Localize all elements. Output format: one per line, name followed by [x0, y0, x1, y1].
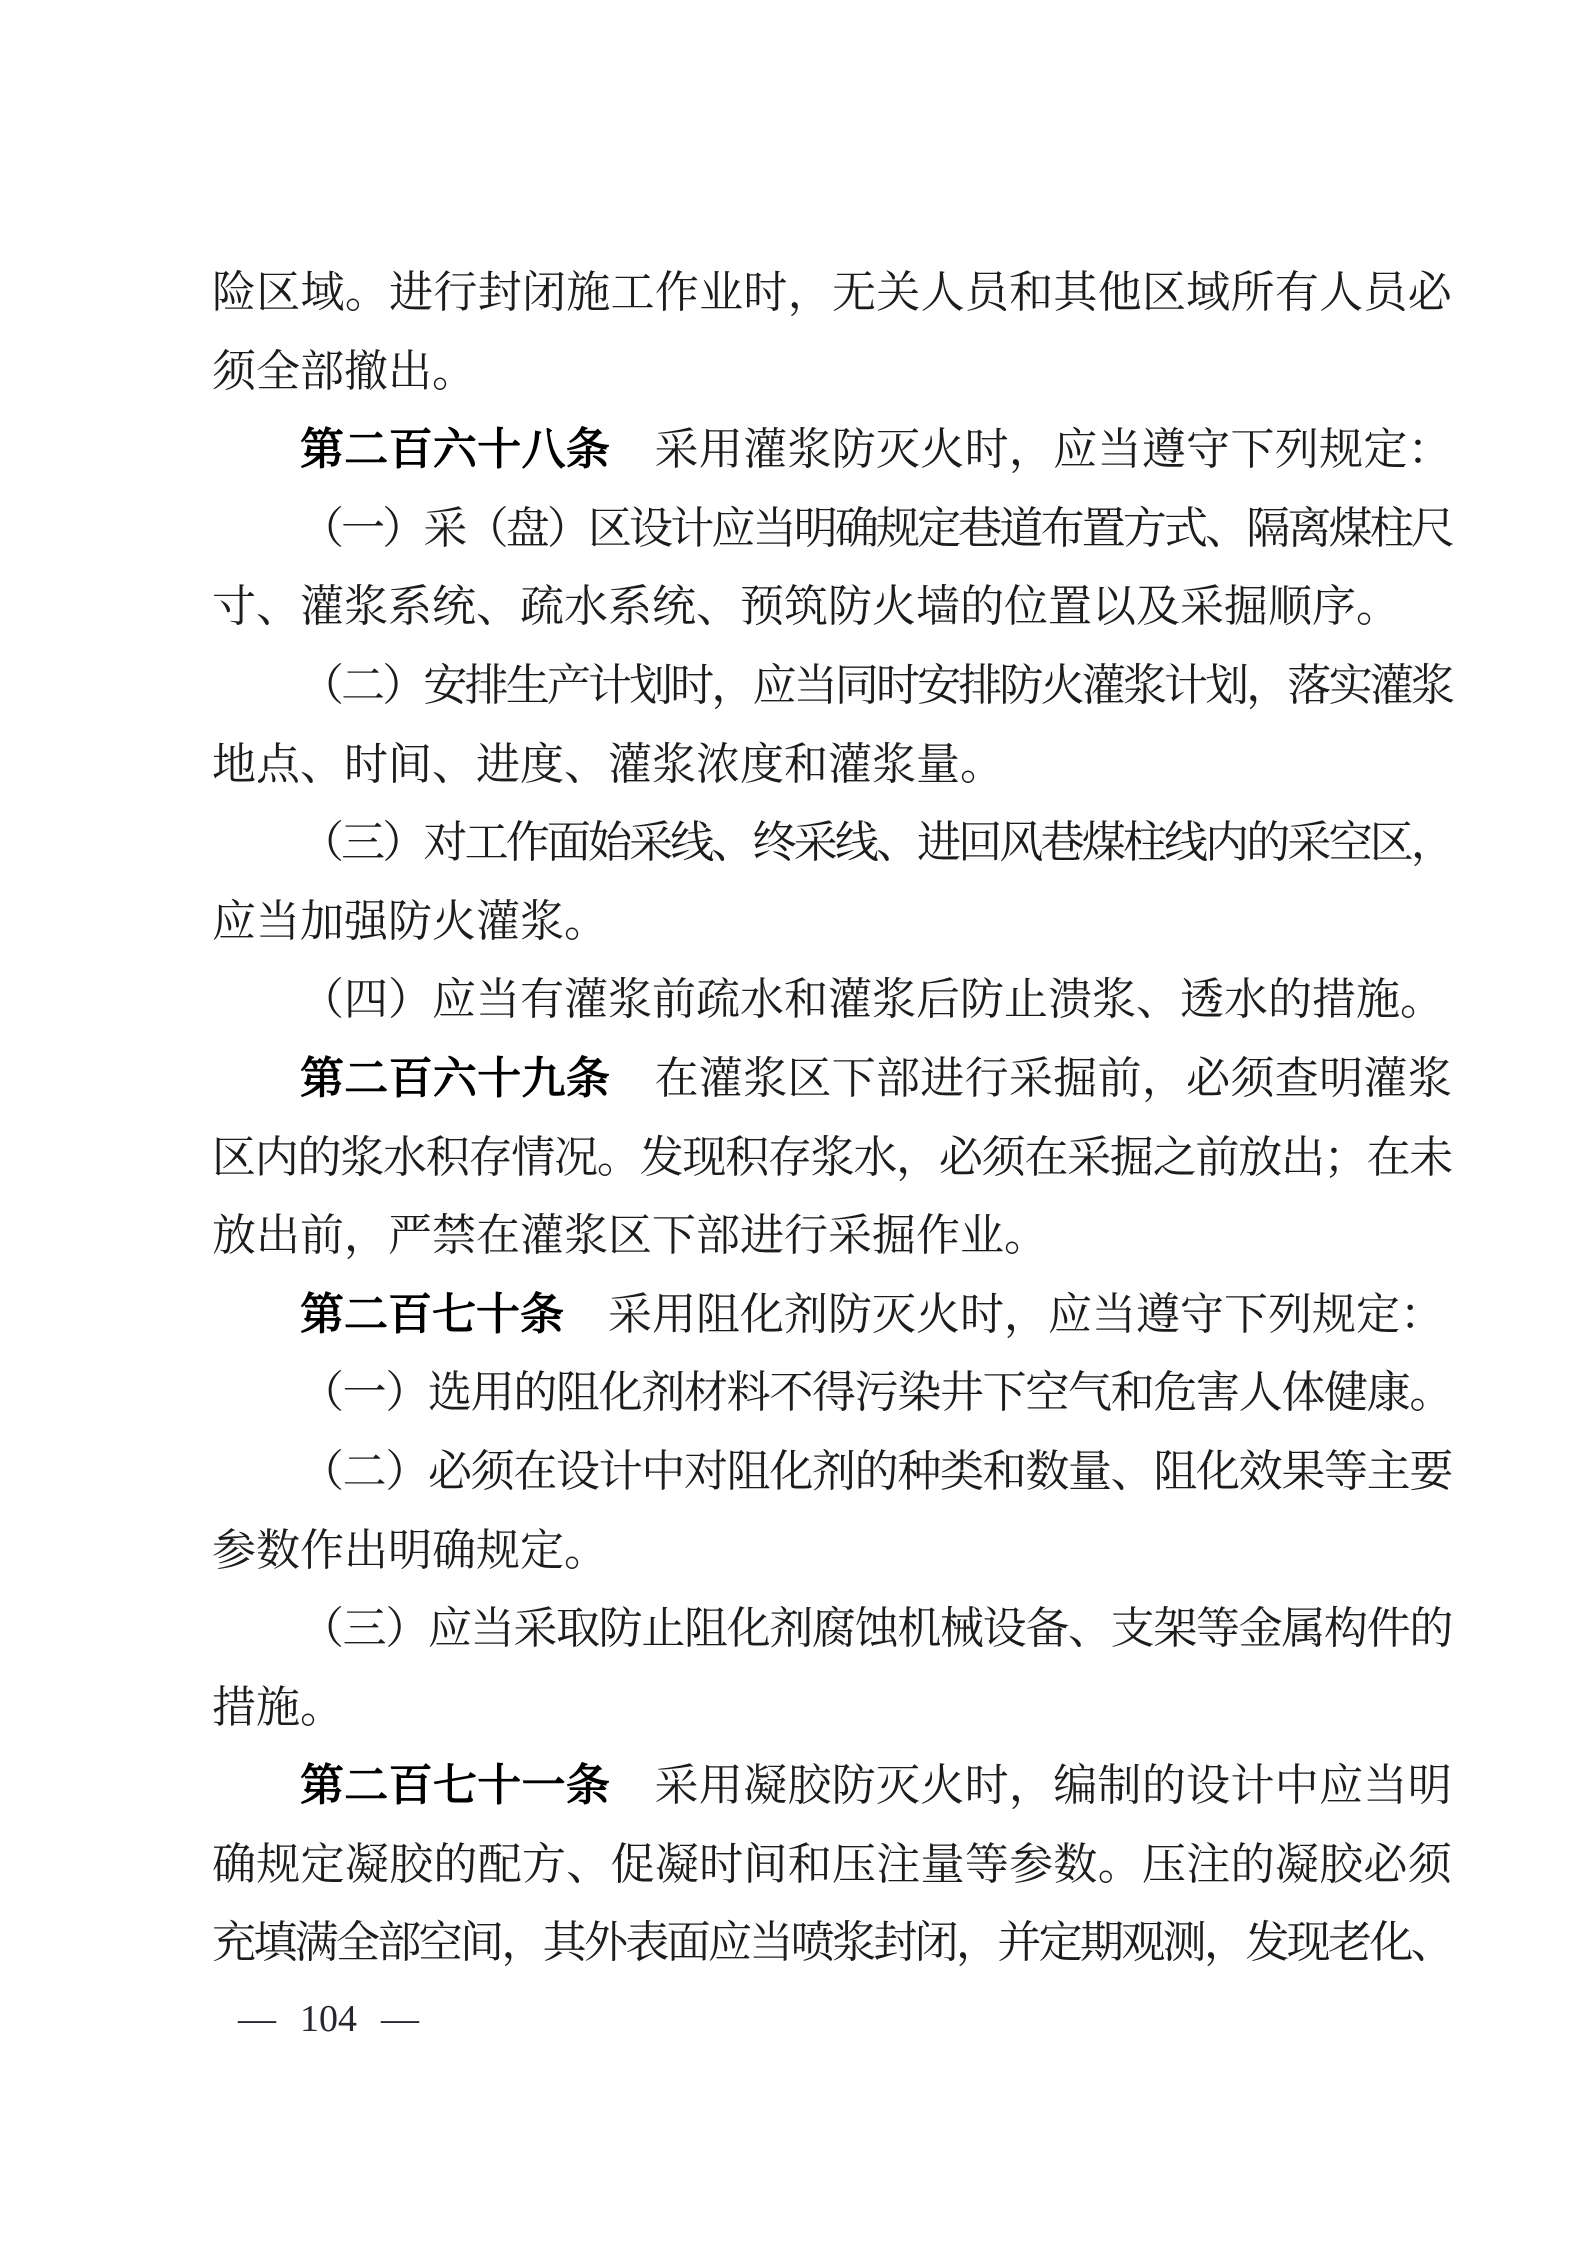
text-line: （四）应当有灌浆前疏水和灌浆后防止溃浆、透水的措施。: [212, 961, 1452, 1040]
article-number: 第二百六十九条: [300, 1054, 610, 1103]
line-text: （三）对工作面始采线、终采线、进回风巷煤柱线内的采空区，: [300, 818, 1452, 867]
text-line: 区内的浆水积存情况。发现积存浆水，必须在采掘之前放出；在未: [212, 1119, 1452, 1198]
text-line: （一）选用的阻化剂材料不得污染井下空气和危害人体健康。: [212, 1354, 1452, 1433]
text-line: 应当加强防火灌浆。: [212, 883, 1452, 962]
line-text: 寸、灌浆系统、疏水系统、预筑防火墙的位置以及采掘顺序。: [212, 582, 1400, 631]
page-footer: — 104 —: [238, 1996, 419, 2042]
line-text: （四）应当有灌浆前疏水和灌浆后防止溃浆、透水的措施。: [300, 975, 1444, 1024]
text-line: 措施。: [212, 1669, 1452, 1748]
line-text: 放出前，严禁在灌浆区下部进行采掘作业。: [212, 1211, 1048, 1260]
document-page: 险区域。进行封闭施工作业时，无关人员和其他区域所有人员必须全部撤出。第二百六十八…: [0, 0, 1587, 2245]
line-text: （二）必须在设计中对阻化剂的种类和数量、阻化效果等主要: [300, 1447, 1452, 1496]
document-body: 险区域。进行封闭施工作业时，无关人员和其他区域所有人员必须全部撤出。第二百六十八…: [212, 254, 1452, 1983]
line-text: （一）选用的阻化剂材料不得污染井下空气和危害人体健康。: [300, 1368, 1452, 1417]
line-text: 须全部撤出。: [212, 347, 476, 396]
line-text: 地点、时间、进度、灌浆浓度和灌浆量。: [212, 740, 1004, 789]
text-line: （一）采（盘）区设计应当明确规定巷道布置方式、隔离煤柱尺: [212, 490, 1452, 569]
text-line: 第二百六十八条 采用灌浆防灭火时，应当遵守下列规定：: [212, 411, 1452, 490]
line-text: 确规定凝胶的配方、促凝时间和压注量等参数。压注的凝胶必须: [212, 1840, 1452, 1889]
page-number: 104: [300, 1996, 357, 2042]
article-number: 第二百七十一条: [300, 1761, 610, 1810]
text-line: 放出前，严禁在灌浆区下部进行采掘作业。: [212, 1197, 1452, 1276]
line-text: 充填满全部空间，其外表面应当喷浆封闭，并定期观测，发现老化、: [212, 1918, 1452, 1967]
article-number: 第二百六十八条: [300, 425, 610, 474]
line-text: 险区域。进行封闭施工作业时，无关人员和其他区域所有人员必: [212, 268, 1452, 317]
text-line: 确规定凝胶的配方、促凝时间和压注量等参数。压注的凝胶必须: [212, 1826, 1452, 1905]
line-text: 措施。: [212, 1683, 344, 1732]
text-line: （三）应当采取防止阻化剂腐蚀机械设备、支架等金属构件的: [212, 1590, 1452, 1669]
text-line: 第二百七十条 采用阻化剂防灭火时，应当遵守下列规定：: [212, 1276, 1452, 1355]
line-text: 应当加强防火灌浆。: [212, 897, 608, 946]
line-text: 采用阻化剂防灭火时，应当遵守下列规定：: [564, 1290, 1444, 1339]
text-line: 须全部撤出。: [212, 333, 1452, 412]
text-line: （三）对工作面始采线、终采线、进回风巷煤柱线内的采空区，: [212, 804, 1452, 883]
article-number: 第二百七十条: [300, 1290, 564, 1339]
line-text: 在灌浆区下部进行采掘前，必须查明灌浆: [610, 1054, 1452, 1103]
footer-right-dash: —: [381, 1996, 419, 2042]
text-line: 参数作出明确规定。: [212, 1512, 1452, 1591]
line-text: （三）应当采取防止阻化剂腐蚀机械设备、支架等金属构件的: [300, 1604, 1452, 1653]
line-text: 参数作出明确规定。: [212, 1526, 608, 1575]
line-text: （一）采（盘）区设计应当明确规定巷道布置方式、隔离煤柱尺: [300, 504, 1452, 553]
line-text: 采用灌浆防灭火时，应当遵守下列规定：: [610, 425, 1452, 474]
footer-left-dash: —: [238, 1996, 276, 2042]
line-text: 采用凝胶防灭火时，编制的设计中应当明: [610, 1761, 1452, 1810]
text-line: 寸、灌浆系统、疏水系统、预筑防火墙的位置以及采掘顺序。: [212, 568, 1452, 647]
text-line: （二）安排生产计划时，应当同时安排防火灌浆计划，落实灌浆: [212, 647, 1452, 726]
line-text: （二）安排生产计划时，应当同时安排防火灌浆计划，落实灌浆: [300, 661, 1452, 710]
line-text: 区内的浆水积存情况。发现积存浆水，必须在采掘之前放出；在未: [212, 1133, 1452, 1182]
text-line: 险区域。进行封闭施工作业时，无关人员和其他区域所有人员必: [212, 254, 1452, 333]
text-line: 第二百六十九条 在灌浆区下部进行采掘前，必须查明灌浆: [212, 1040, 1452, 1119]
text-line: 充填满全部空间，其外表面应当喷浆封闭，并定期观测，发现老化、: [212, 1904, 1452, 1983]
text-line: 第二百七十一条 采用凝胶防灭火时，编制的设计中应当明: [212, 1747, 1452, 1826]
text-line: 地点、时间、进度、灌浆浓度和灌浆量。: [212, 726, 1452, 805]
text-line: （二）必须在设计中对阻化剂的种类和数量、阻化效果等主要: [212, 1433, 1452, 1512]
